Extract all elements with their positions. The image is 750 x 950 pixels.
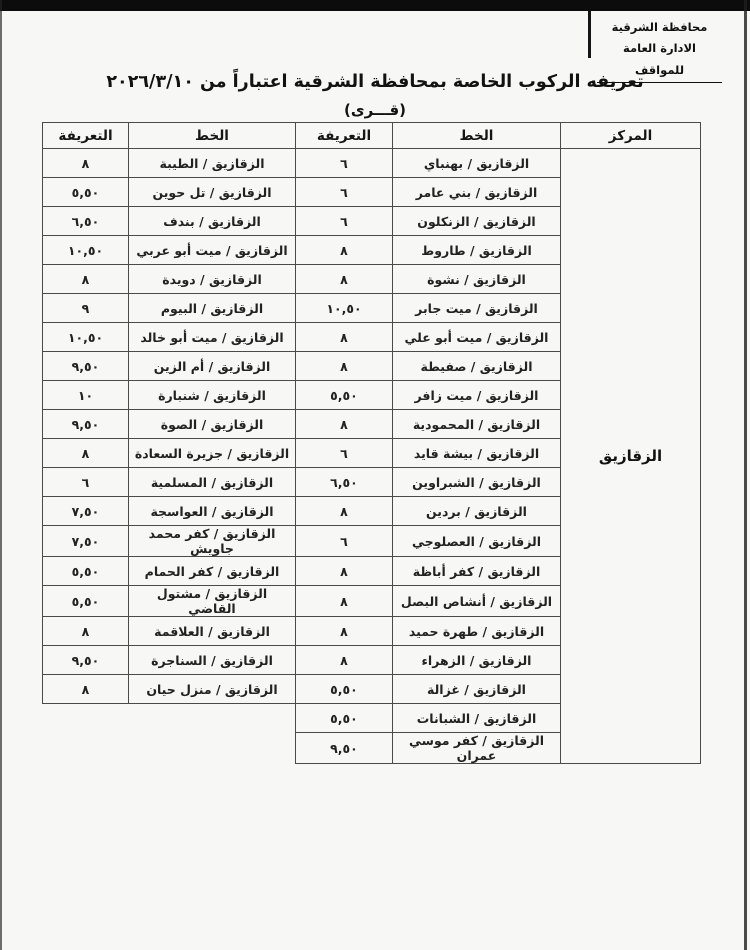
fare-cell: ٩: [43, 294, 129, 323]
scan-top-border: [0, 0, 750, 11]
line-cell: الزقازيق / ميت جابر: [393, 294, 561, 323]
fare-cell: ٦: [43, 468, 129, 497]
fare-cell: ٨: [43, 439, 129, 468]
fare-cell: ٨: [296, 236, 393, 265]
fare-cell: ٥,٥٠: [43, 178, 129, 207]
fare-cell: ٦: [296, 178, 393, 207]
fare-cell: ٨: [296, 586, 393, 617]
fare-cell: ٨: [296, 557, 393, 586]
fare-cell: ٩,٥٠: [296, 733, 393, 764]
fare-cell: ٩,٥٠: [43, 410, 129, 439]
line-cell: الزقازيق / طهرة حميد: [393, 617, 561, 646]
line-cell: الزقازيق / الطيبة: [129, 149, 296, 178]
line-cell: الزقازيق / الزهراء: [393, 646, 561, 675]
fare-cell: ٥,٥٠: [296, 675, 393, 704]
line-cell: الزقازيق / جزيرة السعادة: [129, 439, 296, 468]
line-cell: الزقازيق / أنشاص البصل: [393, 586, 561, 617]
line-cell: الزقازيق / بندف: [129, 207, 296, 236]
document-title: تعريفه الركوب الخاصة بمحافظة الشرقية اعت…: [0, 72, 750, 92]
line-cell: الزقازيق / تل حوين: [129, 178, 296, 207]
fare-cell: ٨: [296, 323, 393, 352]
fare-cell: ١٠,٥٠: [296, 294, 393, 323]
line-cell: الزقازيق / السناجرة: [129, 646, 296, 675]
col-header-center: المركز: [561, 123, 701, 149]
line-cell: الزقازيق / ميت أبو عربي: [129, 236, 296, 265]
line-cell: الزقازيق / صفيطة: [393, 352, 561, 381]
fare-cell: ٦,٥٠: [296, 468, 393, 497]
empty-cell: [43, 733, 129, 764]
col-header-line-left: الخط: [129, 123, 296, 149]
letterhead-governorate: محافظة الشرقية: [597, 17, 722, 38]
line-cell: الزقازيق / أم الزين: [129, 352, 296, 381]
fare-cell: ٨: [43, 675, 129, 704]
line-cell: الزقازيق / طاروط: [393, 236, 561, 265]
line-cell: الزقازيق / ميت أبو علي: [393, 323, 561, 352]
line-cell: الزقازيق / نشوة: [393, 265, 561, 294]
col-header-line-right: الخط: [393, 123, 561, 149]
table-header-row: المركز الخط التعريفة الخط التعريفة: [43, 123, 701, 149]
line-cell: الزقازيق / كفر أباظة: [393, 557, 561, 586]
line-cell: الزقازيق / مشتول القاضي: [129, 586, 296, 617]
empty-cell: [43, 704, 129, 733]
fare-cell: ٩,٥٠: [43, 352, 129, 381]
line-cell: الزقازيق / المحمودية: [393, 410, 561, 439]
line-cell: الزقازيق / المسلمية: [129, 468, 296, 497]
fare-cell: ١٠: [43, 381, 129, 410]
fare-cell: ٥,٥٠: [296, 704, 393, 733]
col-header-fare-left: التعريفة: [43, 123, 129, 149]
scan-left-edge: [0, 0, 2, 950]
fare-cell: ٦: [296, 149, 393, 178]
fare-table: المركز الخط التعريفة الخط التعريفة الزقا…: [42, 122, 701, 764]
fare-cell: ٨: [296, 646, 393, 675]
fare-cell: ٨: [296, 497, 393, 526]
empty-cell: [129, 733, 296, 764]
line-cell: الزقازيق / العلاقمة: [129, 617, 296, 646]
line-cell: الزقازيق / بردين: [393, 497, 561, 526]
fare-cell: ٦: [296, 207, 393, 236]
line-cell: الزقازيق / كفر محمد جاويش: [129, 526, 296, 557]
fare-cell: ٧,٥٠: [43, 497, 129, 526]
fare-cell: ٦: [296, 439, 393, 468]
fare-cell: ٨: [296, 352, 393, 381]
fare-cell: ١٠,٥٠: [43, 323, 129, 352]
fare-cell: ٩,٥٠: [43, 646, 129, 675]
line-cell: الزقازيق / كفر الحمام: [129, 557, 296, 586]
fare-cell: ٨: [43, 265, 129, 294]
col-header-fare-right: التعريفة: [296, 123, 393, 149]
line-cell: الزقازيق / دويدة: [129, 265, 296, 294]
table-row: الزقازيقالزقازيق / بهنباي٦الزقازيق / الط…: [43, 149, 701, 178]
document-subtitle: (قـــرى): [0, 101, 750, 119]
line-cell: الزقازيق / الشبانات: [393, 704, 561, 733]
line-cell: الزقازيق / الشبراوين: [393, 468, 561, 497]
fare-cell: ٨: [296, 410, 393, 439]
fare-cell: ٥,٥٠: [43, 586, 129, 617]
fare-cell: ٥,٥٠: [43, 557, 129, 586]
line-cell: الزقازيق / كفر موسي عمران: [393, 733, 561, 764]
fare-cell: ٨: [296, 617, 393, 646]
line-cell: الزقازيق / ميت زافر: [393, 381, 561, 410]
line-cell: الزقازيق / العصلوجي: [393, 526, 561, 557]
letterhead-box: محافظة الشرقية الادارة العامة للمواقف: [588, 11, 750, 58]
scan-right-edge: [744, 0, 747, 950]
line-cell: الزقازيق / بني عامر: [393, 178, 561, 207]
fare-cell: ٨: [43, 617, 129, 646]
line-cell: الزقازيق / العواسجة: [129, 497, 296, 526]
line-cell: الزقازيق / غزالة: [393, 675, 561, 704]
fare-cell: ٧,٥٠: [43, 526, 129, 557]
fare-cell: ١٠,٥٠: [43, 236, 129, 265]
fare-cell: ٨: [296, 265, 393, 294]
line-cell: الزقازيق / البيوم: [129, 294, 296, 323]
line-cell: الزقازيق / بيشة قايد: [393, 439, 561, 468]
line-cell: الزقازيق / شنبارة: [129, 381, 296, 410]
fare-cell: ٨: [43, 149, 129, 178]
line-cell: الزقازيق / ميت أبو خالد: [129, 323, 296, 352]
fare-cell: ٥,٥٠: [296, 381, 393, 410]
line-cell: الزقازيق / بهنباي: [393, 149, 561, 178]
center-cell: الزقازيق: [561, 149, 701, 764]
empty-cell: [129, 704, 296, 733]
line-cell: الزقازيق / الزنكلون: [393, 207, 561, 236]
fare-cell: ٦,٥٠: [43, 207, 129, 236]
line-cell: الزقازيق / الصوة: [129, 410, 296, 439]
fare-cell: ٦: [296, 526, 393, 557]
line-cell: الزقازيق / منزل حيان: [129, 675, 296, 704]
